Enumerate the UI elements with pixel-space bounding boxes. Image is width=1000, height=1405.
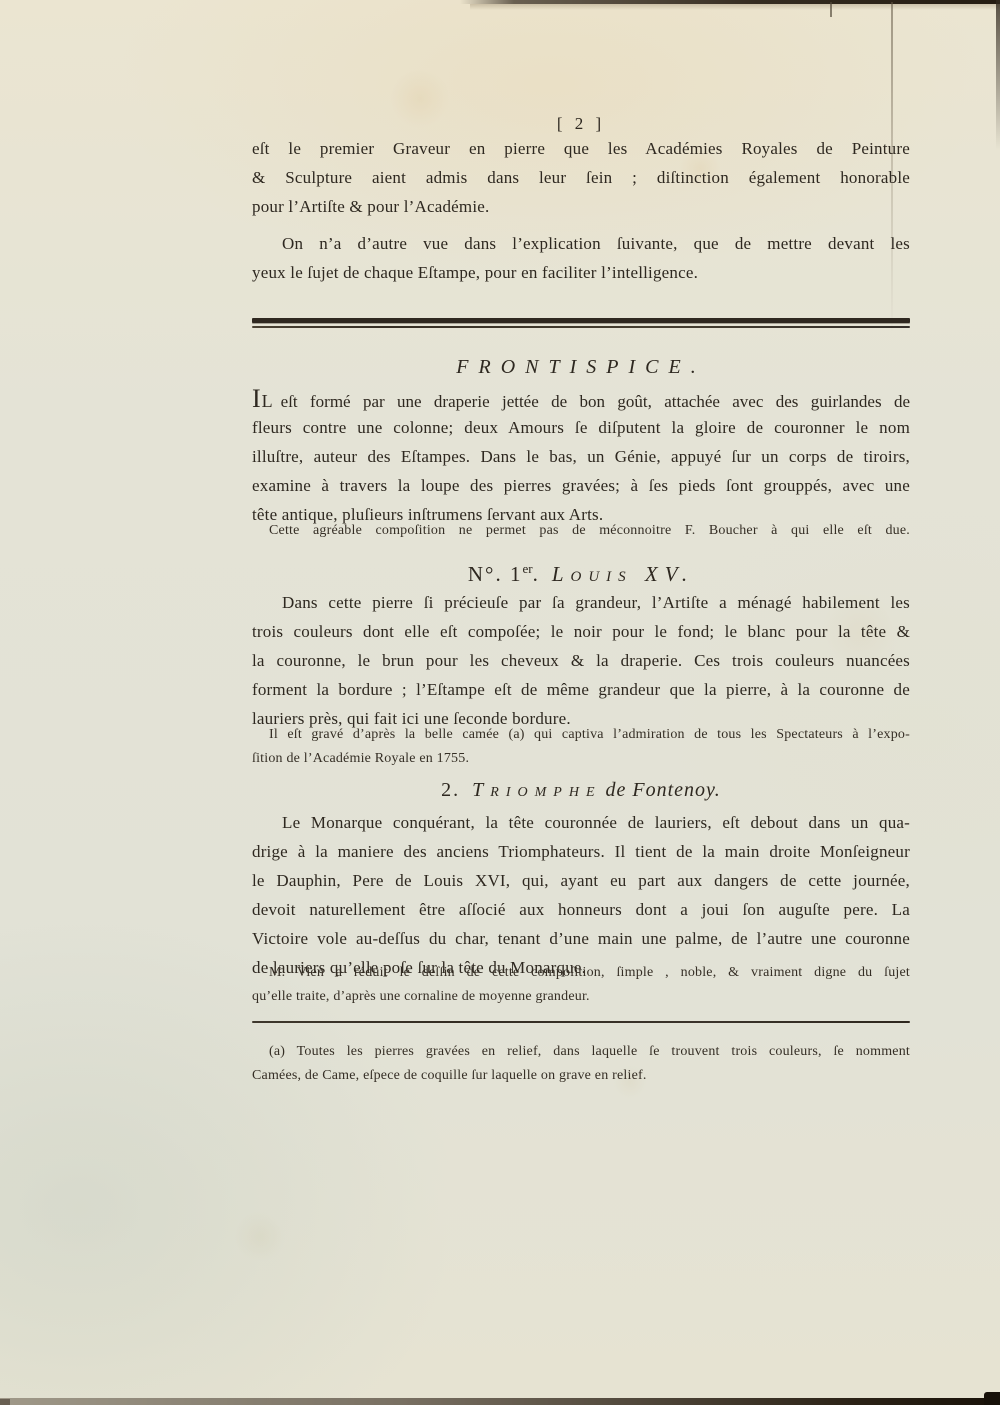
text-line: Cette agréable compoſition ne permet pas… (252, 519, 910, 543)
intro-paragraph-2: On n’a d’autre vue dans l’explication ſu… (252, 229, 910, 287)
plate-title-rest: de Fontenoy. (606, 779, 721, 801)
scan-edge-bottom (0, 1398, 1000, 1405)
text-line: & Sculpture aient admis dans leur ſein ;… (252, 163, 910, 192)
frontispice-paragraph-rest: fleurs contre une colonne; deux Amours ſ… (252, 413, 910, 529)
text-line: Le Monarque conquérant, la tête couronné… (252, 808, 910, 837)
plate-title: Louis XV. (552, 562, 694, 586)
plate-number: N°. 1er. (468, 562, 540, 586)
text-line: On n’a d’autre vue dans l’explication ſu… (252, 229, 910, 258)
intro-paragraph-1: eſt le premier Graveur en pierre que les… (252, 134, 910, 221)
text-line: eſt le premier Graveur en pierre que les… (252, 134, 910, 163)
text-line: la couronne, le brun pour les cheveux & … (252, 646, 910, 675)
page-number: [ 2 ] (252, 114, 910, 134)
drop-cap: Il (252, 384, 274, 413)
text-line: examine à travers la loupe des pierres g… (252, 471, 910, 500)
text-line: Camées, de Came, eſpece de coquille ſur … (252, 1064, 910, 1088)
frontispice-heading: FRONTISPICE. (252, 352, 910, 382)
scan-tick-mark (830, 2, 832, 17)
footnote-text: (a) Toutes les pierres gravées en relief… (252, 1040, 910, 1088)
text-line: Il eſt gravé d’après la belle camée (a) … (252, 723, 910, 747)
text-line: le Dauphin, Pere de Louis XVI, qui, ayan… (252, 866, 910, 895)
ordinal-suffix: er (522, 561, 532, 576)
text-line: illuſtre, auteur des Eſtampes. Dans le b… (252, 442, 910, 471)
divider-thick-rule (252, 318, 910, 323)
frontispice-paragraph: Ileſt formé par une draperie jettée de b… (252, 384, 910, 529)
text-line: pour l’Artiſte & pour l’Académie. (252, 192, 910, 221)
text-line: eſt formé par une draperie jettée de bon… (281, 392, 910, 412)
section-divider-rule (252, 318, 910, 328)
scan-edge-right (996, 0, 1000, 150)
scan-edge-bottom-left (0, 1399, 10, 1405)
scanned-book-page: [ 2 ] eſt le premier Graveur en pierre q… (0, 0, 1000, 1405)
scan-edge-top-shadow (470, 4, 1000, 10)
louis-xv-note: Il eſt gravé d’après la belle camée (a) … (252, 723, 910, 771)
text-line: trois couleurs dont elle eſt compoſée; l… (252, 617, 910, 646)
text-line: qu’elle traite, d’après une cornaline de… (252, 985, 910, 1009)
text-line: Victoire vole au-deſſus du char, tenant … (252, 924, 910, 953)
text-line: (a) Toutes les pierres gravées en relief… (252, 1040, 910, 1064)
text-line: M. Vien a réduit le deſſin de cette comp… (252, 961, 910, 985)
fontenoy-heading: 2.Triomphede Fontenoy. (252, 772, 910, 808)
text-line: yeux le ſujet de chaque Eſtampe, pour en… (252, 258, 910, 287)
text-line: drige à la maniere des anciens Triomphat… (252, 837, 910, 866)
louis-xv-paragraph: Dans cette pierre ſi précieuſe par ſa gr… (252, 588, 910, 733)
louis-xv-heading: N°. 1er.Louis XV. (252, 551, 910, 587)
plate-title: Triomphe (472, 779, 601, 801)
text-line: devoit naturellement être aſſocié aux ho… (252, 895, 910, 924)
fontenoy-note: M. Vien a réduit le deſſin de cette comp… (252, 961, 910, 1009)
text-line: Dans cette pierre ſi précieuſe par ſa gr… (252, 588, 910, 617)
frontispice-note: Cette agréable compoſition ne permet pas… (252, 519, 910, 543)
text-line: fleurs contre une colonne; deux Amours ſ… (252, 413, 910, 442)
fontenoy-paragraph: Le Monarque conquérant, la tête couronné… (252, 808, 910, 982)
frontispice-first-line: Ileſt formé par une draperie jettée de b… (252, 384, 910, 413)
divider-thin-rule (252, 326, 910, 328)
scan-edge-bottom-corner (984, 1392, 1000, 1405)
footnote-rule (252, 1021, 910, 1023)
text-line: forment la bordure ; l’Eſtampe eſt de mê… (252, 675, 910, 704)
plate-number: 2. (441, 779, 460, 801)
text-line: ſition de l’Académie Royale en 1755. (252, 747, 910, 771)
